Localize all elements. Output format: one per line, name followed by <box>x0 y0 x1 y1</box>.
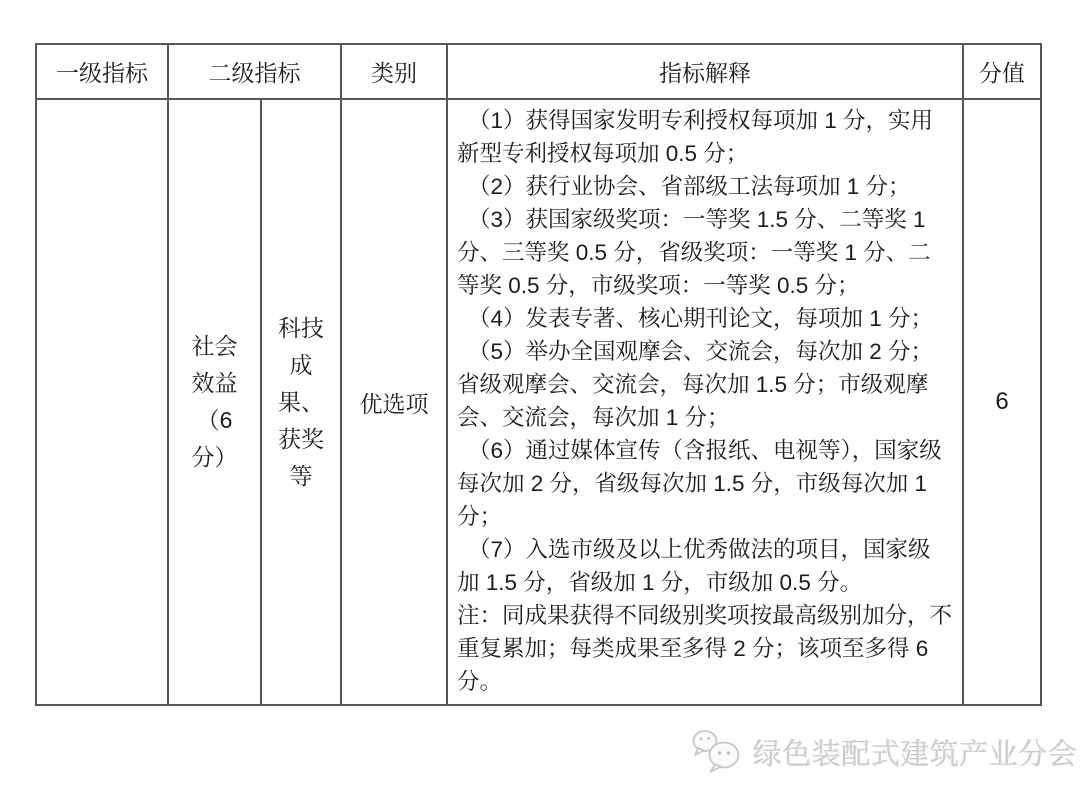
cell-tech-achievements: 科技 成 果、 获奖 等 <box>261 99 341 705</box>
explanation-item: （5）举办全国观摩会、交流会，每次加 2 分；省级观摩会、交流会，每次加 1.5… <box>457 335 952 434</box>
cell-category: 优选项 <box>341 99 447 705</box>
cell-score-value: 6 <box>963 99 1041 705</box>
cell-social-benefit: 社会 效益 （6 分） <box>168 99 261 705</box>
table-header-row: 一级指标 二级指标 类别 指标解释 分值 <box>36 44 1041 99</box>
header-level2-indicator: 二级指标 <box>168 44 341 99</box>
header-level1-indicator: 一级指标 <box>36 44 168 99</box>
explanation-item: （7）入选市级及以上优秀做法的项目，国家级加 1.5 分，省级加 1 分，市级加… <box>457 533 952 599</box>
header-explanation: 指标解释 <box>447 44 963 99</box>
explanation-note: 注：同成果获得不同级别奖项按最高级别加分，不重复累加；每类成果至多得 2 分；该… <box>457 599 952 698</box>
document-page: 一级指标 二级指标 类别 指标解释 分值 社会 效益 （6 分） 科技 成 果、… <box>0 0 1080 803</box>
explanation-item: （4）发表专著、核心期刊论文，每项加 1 分； <box>457 302 952 335</box>
explanation-item: （2）获行业协会、省部级工法每项加 1 分； <box>457 170 952 203</box>
wechat-icon <box>690 728 748 776</box>
explanation-item: （6）通过媒体宣传（含报纸、电视等），国家级每次加 2 分，省级每次加 1.5 … <box>457 434 952 533</box>
explanation-item: （3）获国家级奖项：一等奖 1.5 分、二等奖 1 分、三等奖 0.5 分，省级… <box>457 203 952 302</box>
header-category: 类别 <box>341 44 447 99</box>
cell-level1-indicator-empty <box>36 99 168 705</box>
explanation-item: （1）获得国家发明专利授权每项加 1 分，实用新型专利授权每项加 0.5 分； <box>457 104 952 170</box>
cell-explanation: （1）获得国家发明专利授权每项加 1 分，实用新型专利授权每项加 0.5 分； … <box>447 99 963 705</box>
watermark: 绿色装配式建筑产业分会 <box>690 728 1078 776</box>
header-score: 分值 <box>963 44 1041 99</box>
indicator-score-table: 一级指标 二级指标 类别 指标解释 分值 社会 效益 （6 分） 科技 成 果、… <box>35 43 1042 706</box>
watermark-text: 绿色装配式建筑产业分会 <box>753 732 1078 773</box>
table-row: 社会 效益 （6 分） 科技 成 果、 获奖 等 优选项 （1）获得国家发明专利… <box>36 99 1041 705</box>
